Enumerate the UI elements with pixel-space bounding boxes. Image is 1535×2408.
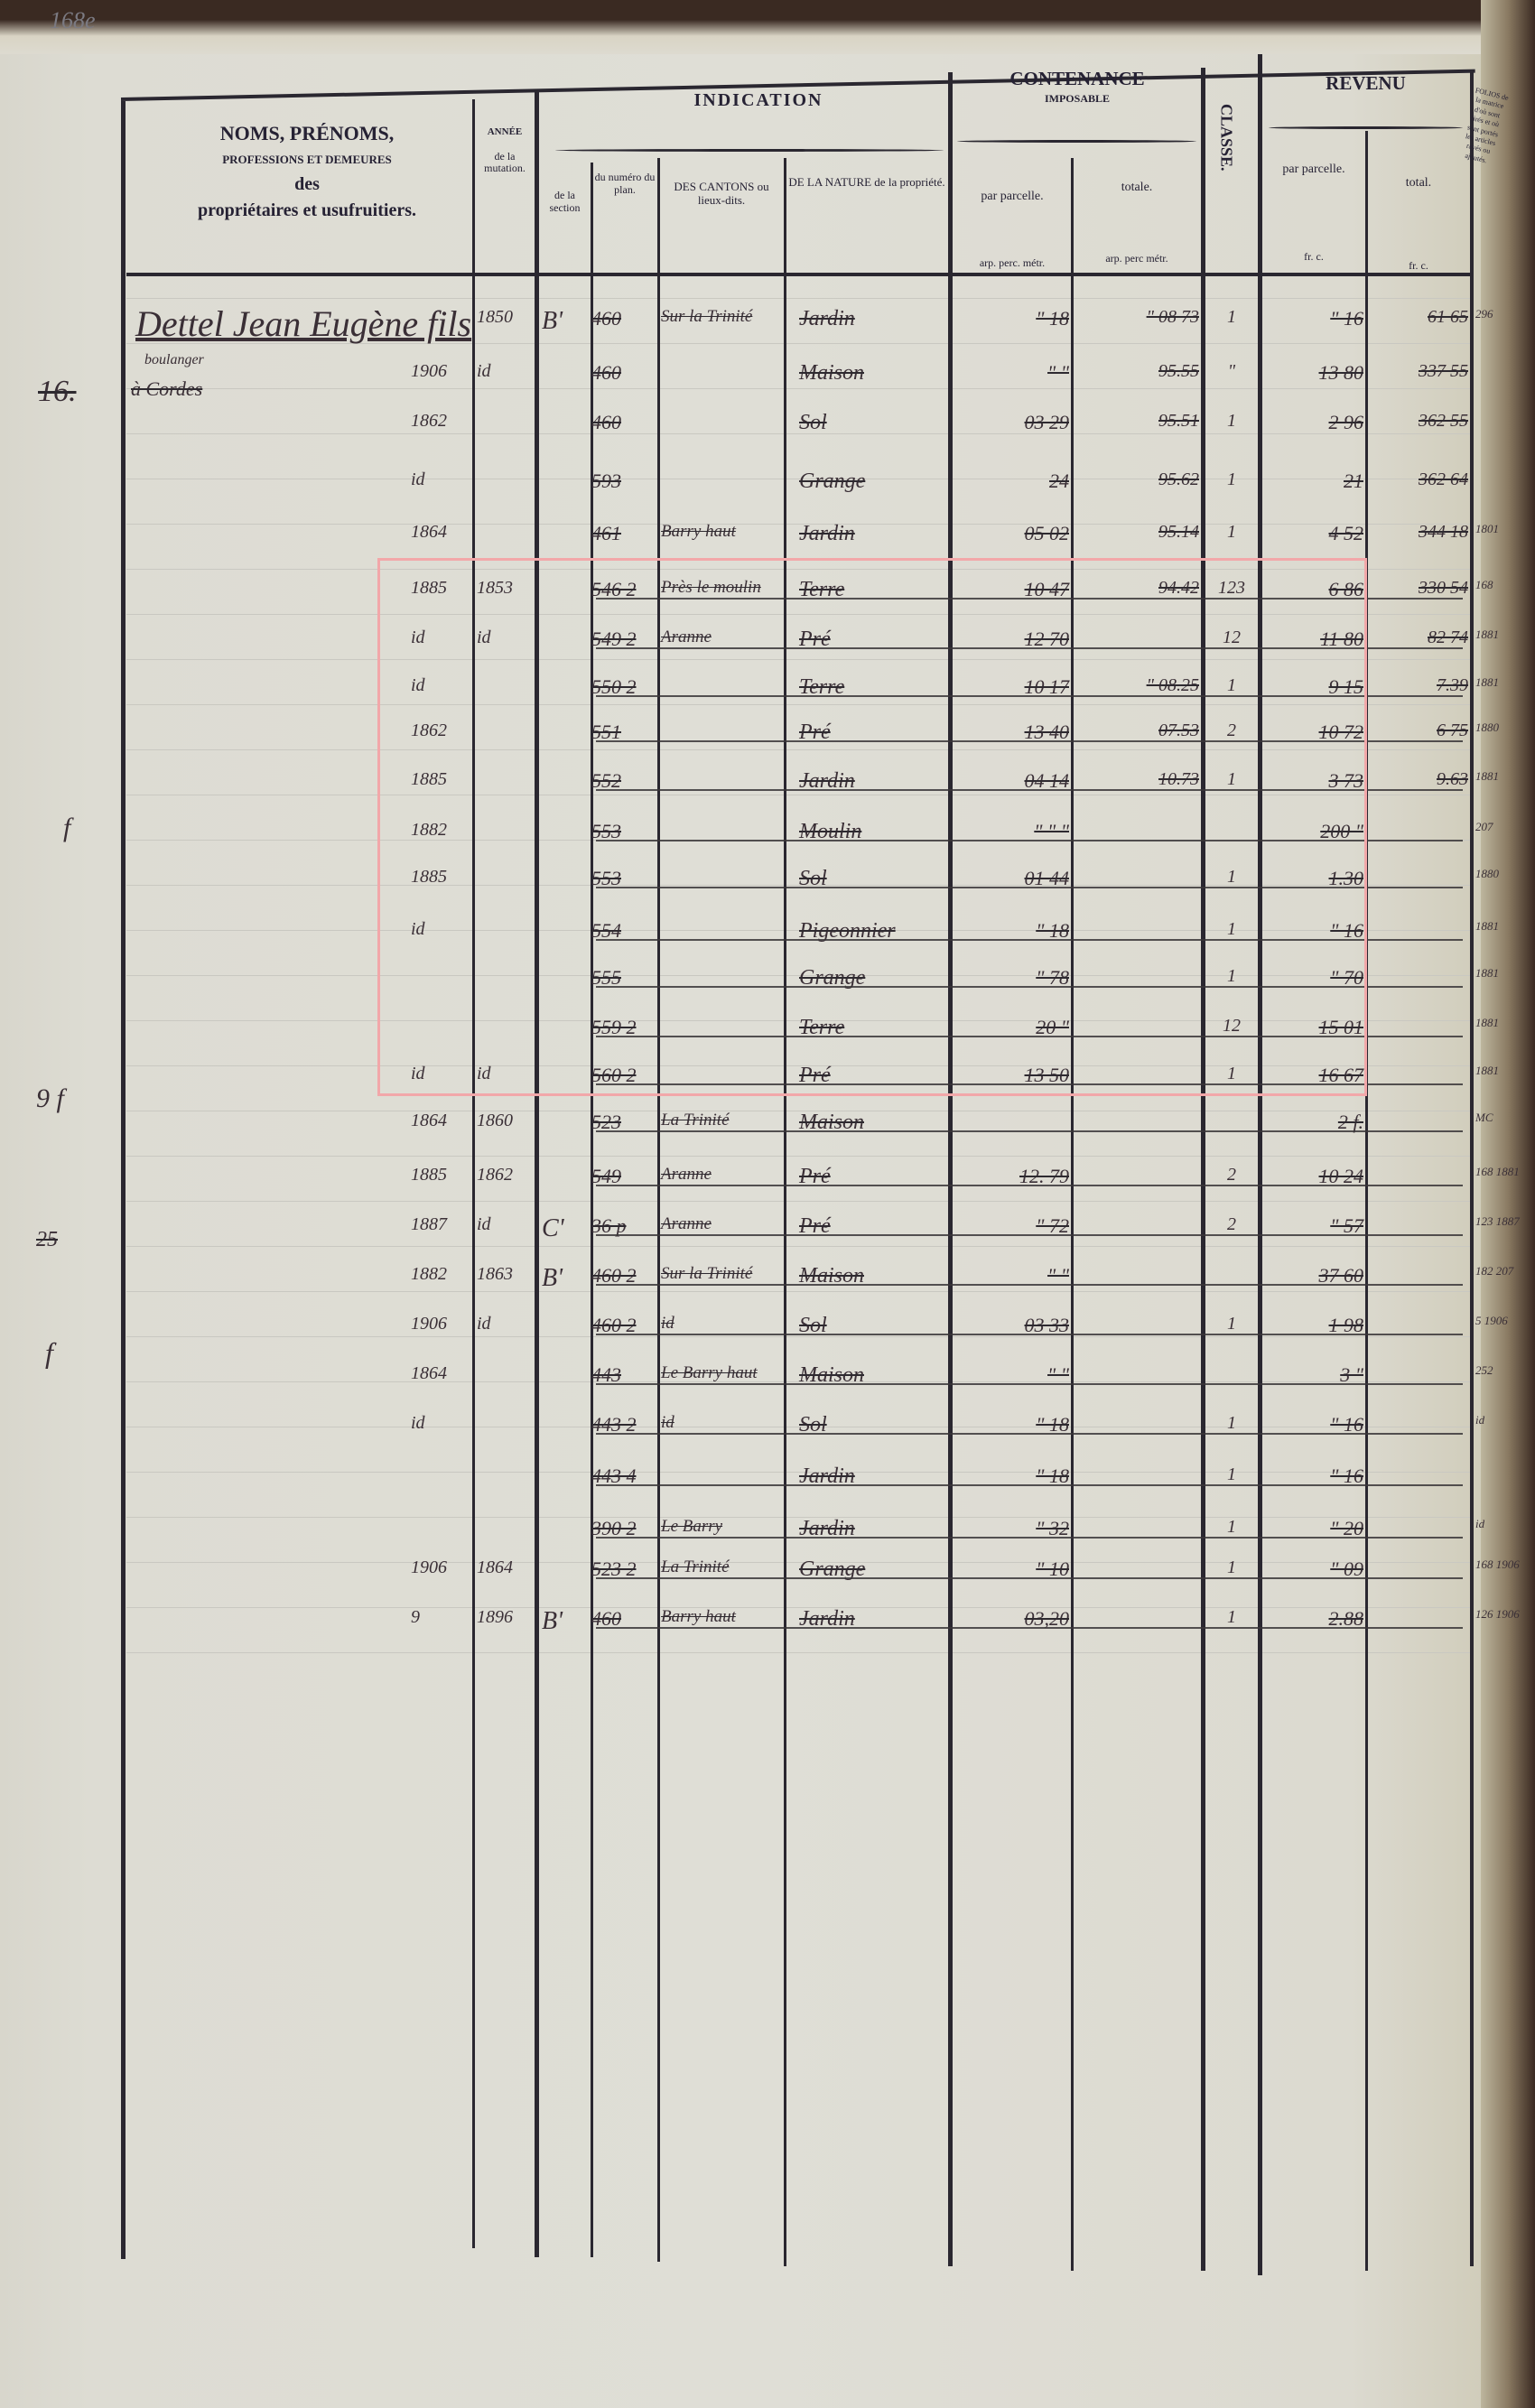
header-annee: ANNÉE de la mutation. — [477, 126, 533, 175]
cell-classe: 1 — [1207, 522, 1256, 543]
header-rev-unit2: fr. c. — [1369, 260, 1468, 273]
margin-mark-2: 25 — [36, 1228, 58, 1252]
cell-lieu: Le Barry — [661, 1517, 782, 1537]
header-owners: NOMS, PRÉNOMS, PROFESSIONS ET DEMEURES d… — [144, 122, 470, 221]
strike-line — [596, 1433, 1463, 1435]
cell-section: B' — [542, 1264, 589, 1293]
cell-year-out: id — [411, 1413, 474, 1434]
cell-rev-total: 7.39 — [1369, 675, 1468, 696]
cell-rev-total: 362 55 — [1369, 411, 1468, 432]
cell-lieu: Le Barry haut — [661, 1363, 782, 1383]
cell-folio: 168 1906 — [1475, 1557, 1521, 1572]
faint-rule — [126, 1201, 1472, 1202]
cell-rev-total: 344 18 — [1369, 522, 1468, 543]
col-border-classe-left — [1201, 68, 1205, 2271]
cell-folio: 207 — [1475, 820, 1521, 834]
cell-folio: 126 1906 — [1475, 1607, 1521, 1622]
book-edge — [1481, 0, 1535, 2408]
cell-folio: 5 1906 — [1475, 1314, 1521, 1328]
header-rev-parcelle: par parcelle. — [1264, 163, 1363, 177]
revenu-brace — [1269, 126, 1463, 129]
article-number: 16. — [38, 375, 77, 409]
contenance-brace — [957, 140, 1196, 143]
header-revenu: REVENU — [1264, 72, 1467, 94]
margin-mark-1: 9 f — [36, 1083, 64, 1114]
col-border-numero — [657, 158, 660, 2262]
cell-lieu: Sur la Trinité — [661, 307, 782, 327]
strike-line — [596, 1537, 1463, 1539]
cell-lieu: La Trinité — [661, 1557, 782, 1577]
margin-mark-4: f — [63, 813, 70, 843]
cell-year-out: 1862 — [411, 411, 474, 432]
header-owners-line2: PROFESSIONS ET DEMEURES — [144, 153, 470, 167]
cell-rev-total: 61 65 — [1369, 307, 1468, 328]
col-border-rev-right — [1470, 72, 1474, 2266]
cell-section: B' — [542, 1607, 589, 1636]
cell-folio: 168 1881 — [1475, 1165, 1521, 1179]
highlight-region — [377, 558, 1367, 1096]
col-border-canton — [784, 158, 786, 2266]
cell-year-out: 1864 — [411, 522, 474, 543]
cell-classe: 1 — [1207, 1464, 1256, 1485]
cell-year-in: 1896 — [477, 1607, 533, 1628]
cell-year-out: 1887 — [411, 1214, 474, 1235]
header-indication: INDICATION — [578, 90, 939, 111]
header-cont-parcelle: par parcelle. — [955, 190, 1069, 204]
faint-rule — [126, 298, 1472, 299]
header-contenance-sub: IMPOSABLE — [955, 93, 1199, 106]
header-contenance: CONTENANCE IMPOSABLE — [955, 68, 1199, 106]
cell-classe: 1 — [1207, 1413, 1256, 1434]
cell-folio: 1881 — [1475, 769, 1521, 784]
cell-classe: 1 — [1207, 1314, 1256, 1334]
cell-folio: 182 207 — [1475, 1264, 1521, 1278]
strike-line — [596, 1130, 1463, 1132]
cell-folio: MC — [1475, 1111, 1521, 1125]
cell-folio: 1881 — [1475, 628, 1521, 642]
cell-year-in: 1864 — [477, 1557, 533, 1578]
cell-folio: 1881 — [1475, 966, 1521, 981]
cell-rev-parcelle: " 16 — [1264, 307, 1363, 330]
strike-line — [596, 1284, 1463, 1286]
header-owners-line4: propriétaires et usufruitiers. — [144, 200, 470, 221]
margin-mark-3: f — [45, 1336, 53, 1370]
cell-lieu: Barry haut — [661, 1607, 782, 1627]
header-cont-unit1: arp. perc. métr. — [955, 257, 1069, 270]
header-owners-line3: des — [144, 174, 470, 195]
cell-folio: 1881 — [1475, 1016, 1521, 1030]
cell-cont-totale: 95.51 — [1074, 411, 1199, 432]
col-border-nature — [948, 72, 953, 2266]
col-border-cont-mid — [1071, 158, 1074, 2271]
header-bottom-rule — [126, 273, 1472, 276]
header-numero: du numéro du plan. — [594, 172, 656, 197]
faint-rule — [126, 1291, 1472, 1292]
cell-rev-total: 82 74 — [1369, 628, 1468, 648]
cell-cont-parcelle: " 18 — [957, 307, 1069, 330]
cell-lieu: id — [661, 1413, 782, 1433]
cell-year-out: 1906 — [411, 361, 474, 382]
cell-cont-totale: " 08 73 — [1074, 307, 1199, 328]
faint-rule — [126, 1246, 1472, 1247]
col-border-annee-right — [535, 90, 539, 2257]
cell-folio: id — [1475, 1517, 1521, 1531]
strike-line — [596, 1577, 1463, 1579]
header-contenance-title: CONTENANCE — [955, 68, 1199, 89]
cell-folio: 252 — [1475, 1363, 1521, 1378]
cell-folio: id — [1475, 1413, 1521, 1427]
cell-lieu: Sur la Trinité — [661, 1264, 782, 1284]
header-classe: CLASSE. — [1217, 104, 1236, 172]
cell-section: B' — [542, 307, 589, 336]
col-border-rev-mid — [1365, 131, 1368, 2271]
cell-folio: 1880 — [1475, 867, 1521, 881]
cell-plan: 460 — [591, 307, 656, 330]
cell-year-in: 1850 — [477, 307, 533, 328]
cell-year-in: 1860 — [477, 1111, 533, 1131]
cell-folio: 1880 — [1475, 721, 1521, 735]
header-rev-unit1: fr. c. — [1264, 251, 1363, 264]
header-annee-title: ANNÉE — [477, 126, 533, 138]
cell-year-out: 1906 — [411, 1314, 474, 1334]
header-cantons: DES CANTONS ou lieux-dits. — [661, 181, 782, 208]
cell-classe: 1 — [1207, 1557, 1256, 1578]
header-owners-line1: NOMS, PRÉNOMS, — [144, 122, 470, 144]
cell-classe: 1 — [1207, 470, 1256, 490]
owner-name: Dettel Jean Eugène fils — [135, 302, 471, 345]
cell-rev-total: 337 55 — [1369, 361, 1468, 382]
cell-year-in: id — [477, 361, 533, 382]
cell-folio: 1881 — [1475, 1064, 1521, 1078]
cell-rev-total: 9.63 — [1369, 769, 1468, 790]
cell-section: C' — [542, 1214, 589, 1243]
faint-rule — [126, 388, 1472, 389]
cell-classe: " — [1207, 361, 1256, 382]
header-annee-sub: de la mutation. — [477, 151, 533, 176]
cell-cont-totale: 95.55 — [1074, 361, 1199, 382]
cell-rev-total: 330 54 — [1369, 578, 1468, 599]
col-border-classe-right — [1258, 54, 1262, 2275]
cell-lieu: id — [661, 1314, 782, 1334]
cell-classe: 1 — [1207, 307, 1256, 328]
cell-year-out: id — [411, 470, 474, 490]
cell-folio: 1801 — [1475, 522, 1521, 536]
cell-rev-total: 362 64 — [1369, 470, 1468, 490]
strike-line — [596, 1383, 1463, 1385]
cell-year-in: id — [477, 1314, 533, 1334]
header-cont-totale: totale. — [1074, 181, 1199, 195]
cell-classe: 2 — [1207, 1214, 1256, 1235]
cell-year-out: 1906 — [411, 1557, 474, 1578]
cell-classe: 1 — [1207, 411, 1256, 432]
cell-year-in: 1863 — [477, 1264, 533, 1285]
cell-year-out: 1864 — [411, 1111, 474, 1131]
strike-line — [596, 1234, 1463, 1236]
faint-rule — [126, 1652, 1472, 1653]
owner-residence: à Cordes — [131, 377, 202, 401]
cell-year-in: id — [477, 1214, 533, 1235]
cell-folio: 296 — [1475, 307, 1521, 321]
cell-year-out: 1885 — [411, 1165, 474, 1185]
cell-lieu: Barry haut — [661, 522, 782, 542]
cell-year-out: 1882 — [411, 1264, 474, 1285]
cell-folio: 168 — [1475, 578, 1521, 592]
cell-lieu: Aranne — [661, 1165, 782, 1185]
owner-profession: boulanger — [144, 352, 204, 368]
cell-cont-totale: 95.62 — [1074, 470, 1199, 490]
cell-nature: Jardin — [799, 307, 944, 331]
cell-year-in: 1862 — [477, 1165, 533, 1185]
cell-folio: 123 1887 — [1475, 1214, 1521, 1229]
header-nature: DE LA NATURE de la propriété. — [787, 176, 946, 190]
cell-cont-totale: 95.14 — [1074, 522, 1199, 543]
strike-line — [596, 1334, 1463, 1335]
strike-line — [596, 1484, 1463, 1486]
col-border-left — [121, 101, 126, 2259]
strike-line — [596, 1185, 1463, 1186]
cell-classe: 1 — [1207, 1517, 1256, 1538]
cell-classe: 1 — [1207, 1607, 1256, 1628]
page-number: 168e — [50, 7, 96, 34]
cell-lieu: Aranne — [661, 1214, 782, 1234]
cell-lieu: La Trinité — [661, 1111, 782, 1130]
cell-classe: 2 — [1207, 1165, 1256, 1185]
cell-year-out: 1864 — [411, 1363, 474, 1384]
strike-line — [596, 1627, 1463, 1629]
cell-rev-total: 6 75 — [1369, 721, 1468, 741]
faint-rule — [126, 1156, 1472, 1157]
cell-folio: 1881 — [1475, 919, 1521, 934]
cell-year-out: 9 — [411, 1607, 474, 1628]
indication-brace — [555, 149, 944, 152]
header-rev-total: total. — [1369, 176, 1468, 191]
header-section: de la section — [540, 190, 590, 215]
cell-folio: 1881 — [1475, 675, 1521, 690]
header-cont-unit2: arp. perc métr. — [1074, 253, 1199, 265]
